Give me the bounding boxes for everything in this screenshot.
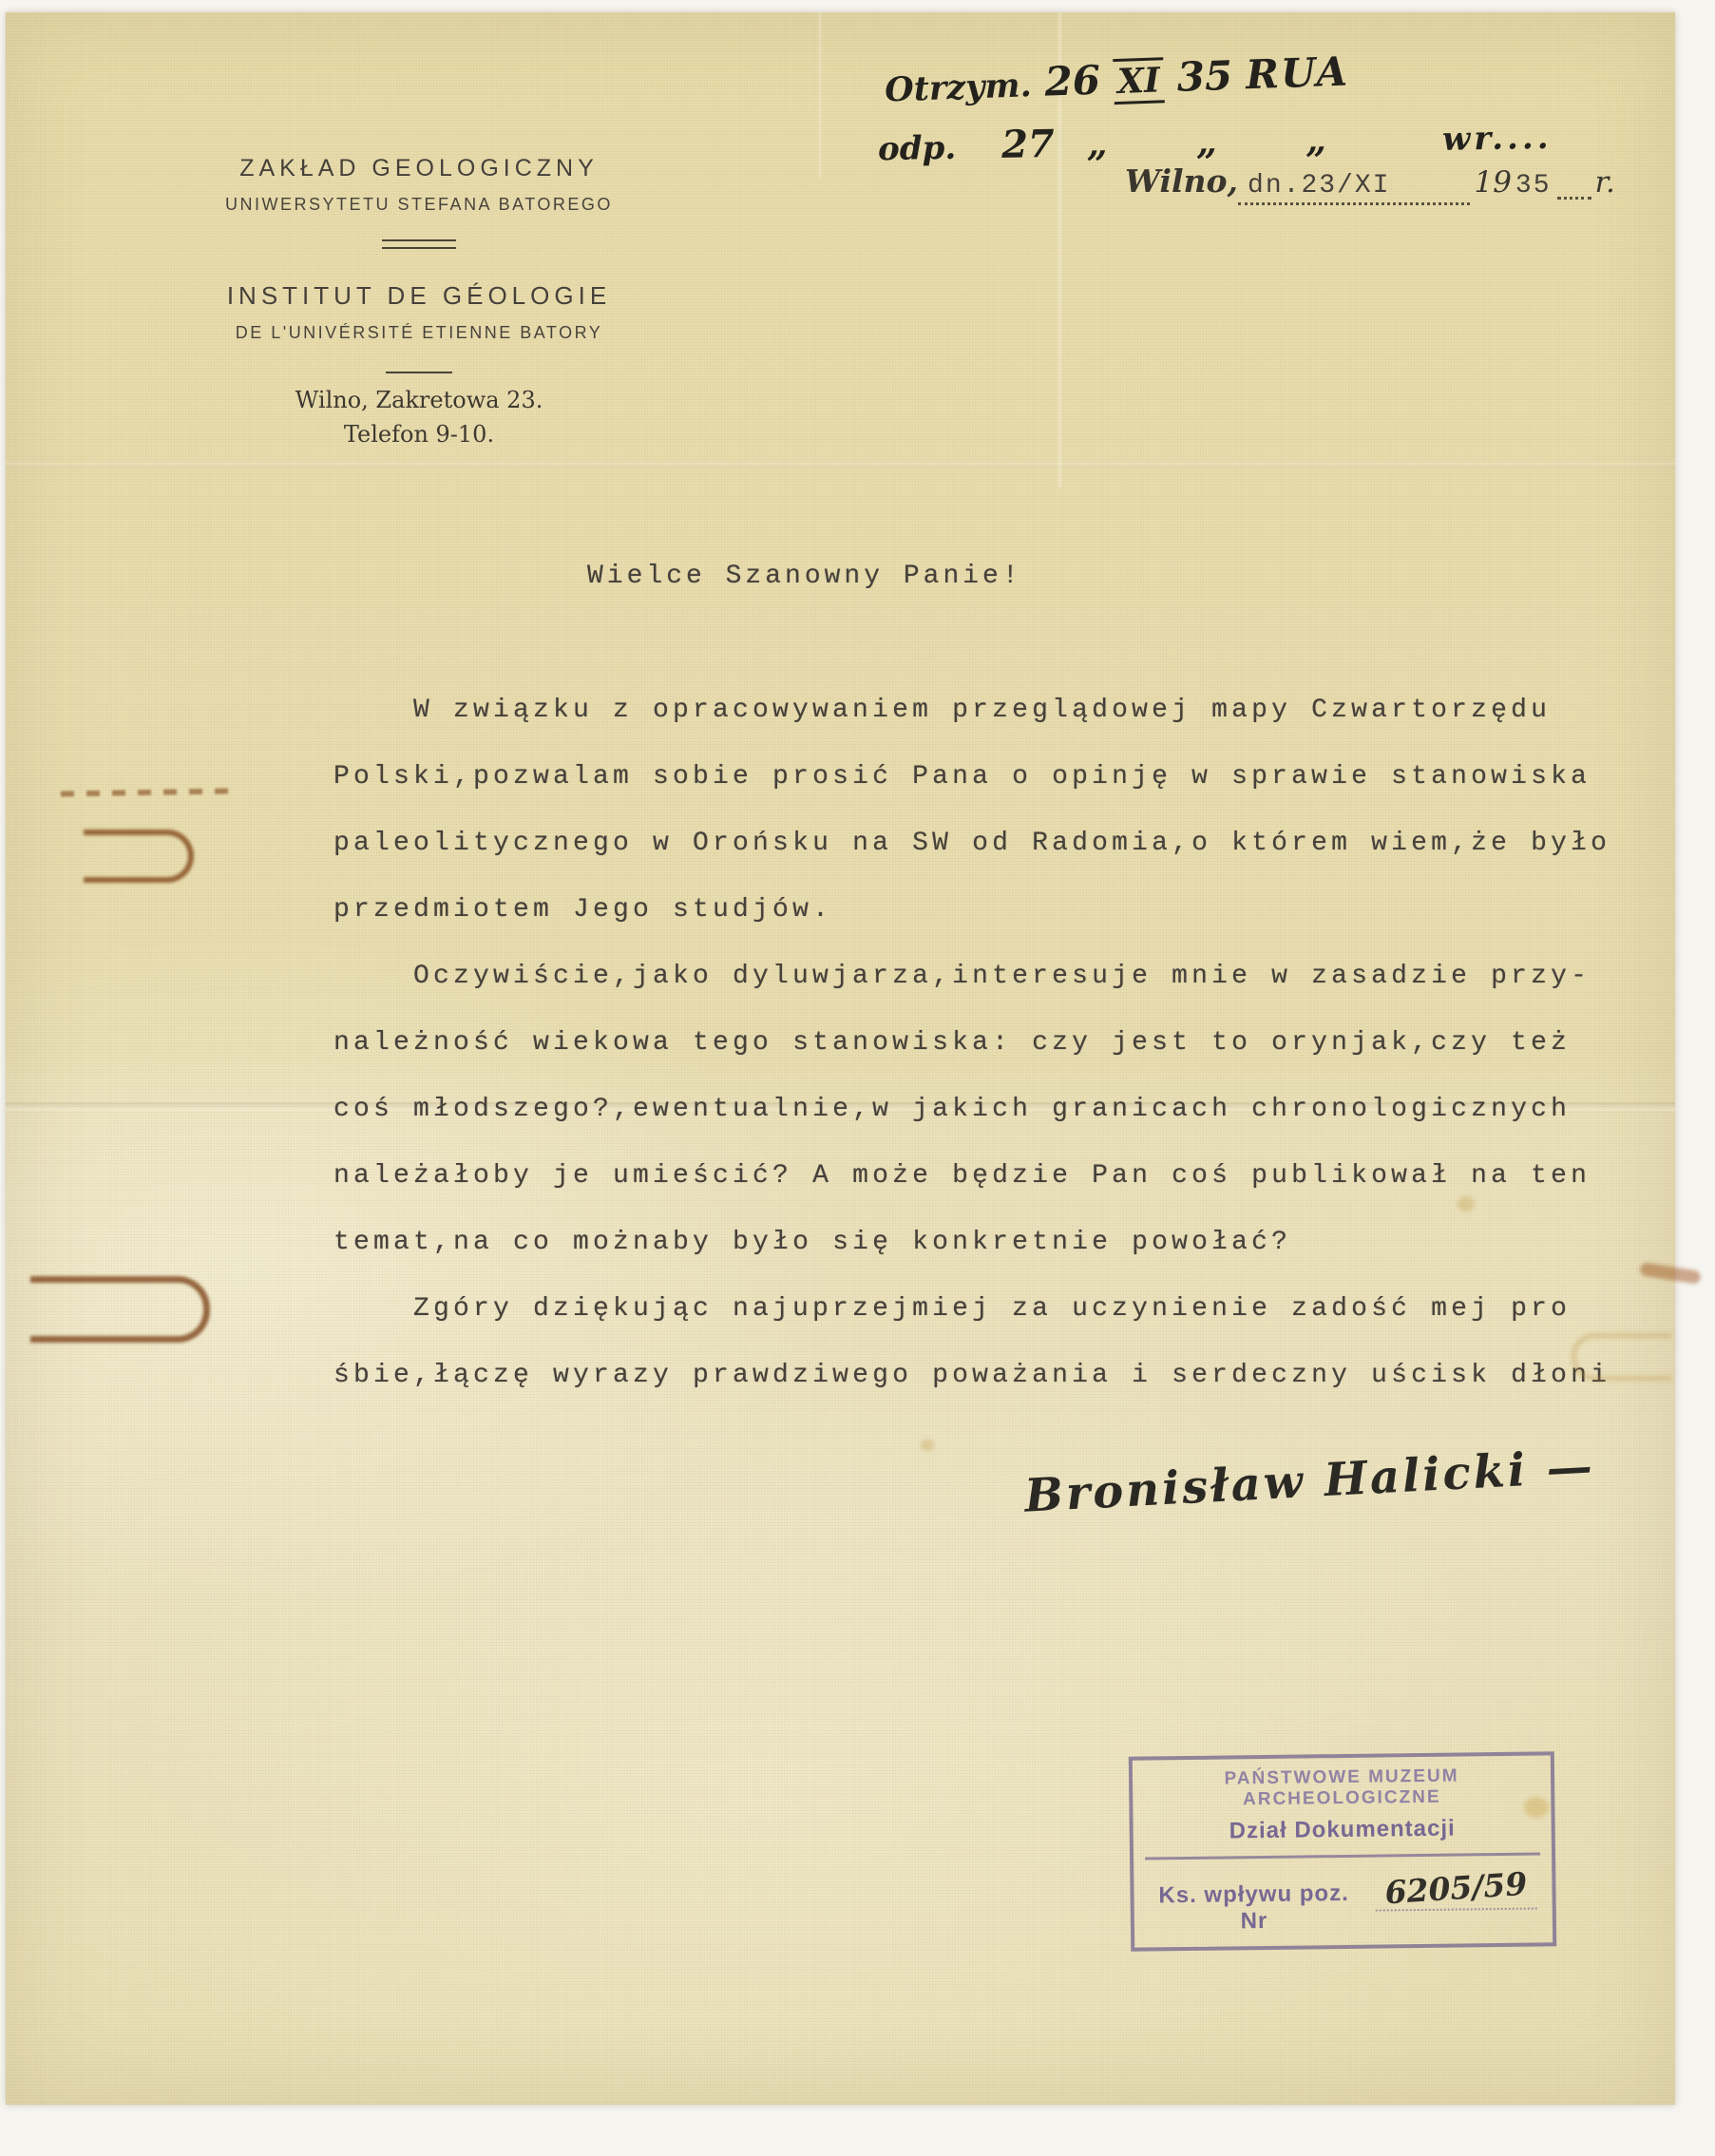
paperclip-rust-stain-lower (30, 1276, 210, 1343)
body-line: W związku z opracowywaniem przeglądowej … (333, 677, 1626, 744)
annotation-received-initials: RUA (1245, 48, 1349, 98)
letterhead: ZAKŁAD GEOLOGICZNY UNIWERSYTETU STEFANA … (158, 155, 680, 448)
dateline-dots (1557, 195, 1591, 200)
dateline: Wilno, dn.23/XI 19 35 r. (1125, 162, 1615, 205)
letterhead-institution-pl: ZAKŁAD GEOLOGICZNY (158, 155, 680, 182)
letterhead-divider-double (382, 239, 456, 249)
letterhead-phone: Telefon 9-10. (158, 421, 680, 448)
body-line: przedmiotem Jego studjów. (333, 877, 1626, 944)
stamp-museum-name: PAŃSTWOWE MUZEUM ARCHEOLOGICZNE (1140, 1765, 1544, 1811)
age-spot (1458, 1196, 1475, 1212)
annotation-replied: odp. 27 „ „ „ wr.... (878, 113, 1553, 169)
stamp-entry-number-line: 6205/59 (1375, 1869, 1536, 1912)
annotation-replied-prefix: odp. (878, 129, 957, 168)
annotation-received-prefix: Otrzym. (885, 66, 1033, 109)
age-spot (1524, 1797, 1549, 1818)
letterhead-university-fr: DE L'UNIVÉRSITÉ ETIENNE BATORY (158, 323, 680, 343)
stamp-entry-number: 6205/59 (1384, 1865, 1529, 1912)
body-line: należałoby je umieścić? A może będzie Pa… (333, 1143, 1626, 1210)
annotation-received-month: XI (1113, 57, 1164, 105)
body-line: należność wiekowa tego stanowiska: czy j… (333, 1010, 1626, 1077)
letterhead-divider-single (386, 372, 452, 373)
body-line: Oczywiście,jako dyluwjarza,interesuje mn… (333, 944, 1626, 1010)
fold-line-upper (6, 463, 1675, 468)
paperclip-rust-stain-upper (84, 830, 194, 883)
signature: Bronisław Halicki — (1023, 1440, 1596, 1522)
rust-smudge-right (1639, 1262, 1701, 1285)
age-spot (921, 1440, 934, 1451)
annotation-replied-suffix: wr.... (1442, 119, 1553, 159)
body-line: śbie,łączę wyrazy prawdziwego poważania … (333, 1343, 1626, 1409)
annotation-received-day: 26 (1044, 57, 1101, 105)
scanned-page: ZAKŁAD GEOLOGICZNY UNIWERSYTETU STEFANA … (0, 0, 1715, 2156)
stamp-divider (1145, 1852, 1540, 1860)
letterhead-university-pl: UNIWERSYTETU STEFANA BATOREGO (158, 195, 680, 215)
annotation-ditto-marks: „ „ „ (1086, 118, 1328, 164)
dateline-suffix: r. (1595, 165, 1615, 200)
dateline-year: 35 (1515, 171, 1552, 200)
stamp-department: Dział Dokumentacji (1141, 1814, 1544, 1845)
annotation-received-year: 35 (1176, 52, 1233, 101)
body-line: paleolitycznego w Orońsku na SW od Radom… (333, 811, 1626, 877)
salutation: Wielce Szanowny Panie! (587, 562, 1022, 591)
annotation-received: Otrzym. 26 XI 35 RUA (884, 48, 1350, 112)
body-line: coś młodszego?,ewentualnie,w jakich gran… (333, 1077, 1626, 1143)
faint-clip-mark-right (1572, 1333, 1671, 1381)
letterhead-institution-fr: INSTITUT DE GÉOLOGIE (158, 281, 680, 311)
dateline-day-month: dn.23/XI (1248, 171, 1390, 200)
dateline-city: Wilno, (1125, 162, 1238, 200)
letter-paper: ZAKŁAD GEOLOGICZNY UNIWERSYTETU STEFANA … (6, 12, 1675, 2105)
body-line: temat,na co możnaby było się konkretnie … (333, 1210, 1626, 1276)
dateline-century: 19 (1474, 165, 1511, 200)
rust-streak (61, 788, 230, 796)
body-line: Zgóry dziękując najuprzejmiej za uczynie… (333, 1276, 1626, 1343)
museum-stamp: PAŃSTWOWE MUZEUM ARCHEOLOGICZNE Dział Do… (1129, 1751, 1556, 1951)
stamp-entry-label: Ks. wpływu poz. Nr (1149, 1880, 1359, 1937)
letterhead-address: Wilno, Zakretowa 23. (158, 387, 680, 413)
letter-body: W związku z opracowywaniem przeglądowej … (333, 677, 1626, 1409)
vertical-crease (819, 12, 821, 179)
body-line: Polski,pozwalam sobie prosić Pana o opin… (333, 744, 1626, 811)
annotation-replied-day: 27 (1001, 122, 1055, 167)
